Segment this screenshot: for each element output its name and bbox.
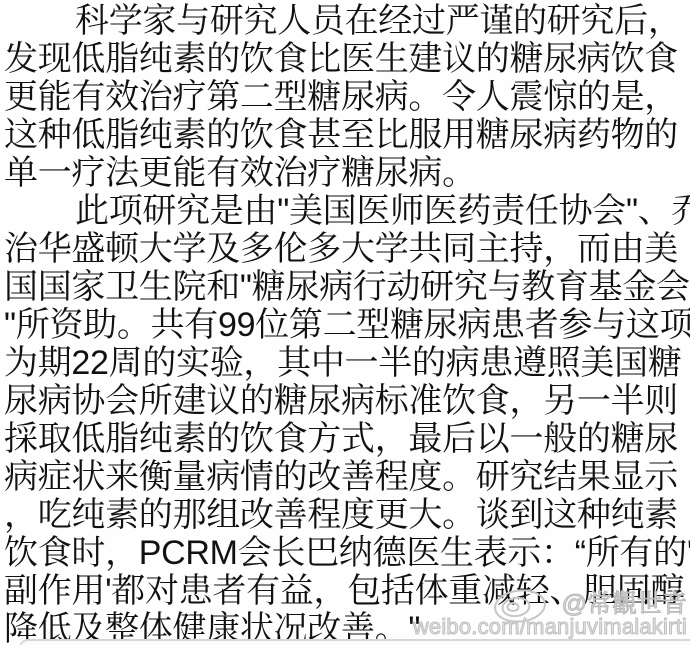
text-line: 病症状来衡量病情的改善程度。研究结果显示 xyxy=(4,458,688,496)
text-line: 这种低脂纯素的饮食甚至比服用糖尿病药物的 xyxy=(4,116,688,154)
text-line: 副作用'都对患者有益，包括体重减轻、胆固醇 xyxy=(4,572,688,610)
text-line: 採取低脂纯素的饮食方式，最后以一般的糖尿 xyxy=(4,420,688,458)
text-line: 更能有效治疗第二型糖尿病。令人震惊的是， xyxy=(4,78,688,116)
text-line: "所资助。共有99位第二型糖尿病患者参与这项 xyxy=(4,306,688,344)
text-line: 此项研究是由"美国医师医药责任协会"、乔 xyxy=(4,192,688,230)
text-line: 科学家与研究人员在经过严谨的研究后， xyxy=(4,2,688,40)
text-line: 治华盛顿大学及多伦多大学共同主持，而由美 xyxy=(4,230,688,268)
text-line: 为期22周的实验，其中一半的病患遵照美国糖 xyxy=(4,344,688,382)
text-line: ，吃纯素的那组改善程度更大。谈到这种纯素 xyxy=(4,496,688,534)
text-line: 国国家卫生院和"糖尿病行动研究与教育基金会 xyxy=(4,268,688,306)
text-line: 发现低脂纯素的饮食比医生建议的糖尿病饮食 xyxy=(4,40,688,78)
article-image: 科学家与研究人员在经过严谨的研究后，发现低脂纯素的饮食比医生建议的糖尿病饮食更能… xyxy=(0,0,690,645)
text-line: 单一疗法更能有效治疗糖尿病。 xyxy=(4,154,688,192)
bottom-panel-edge xyxy=(19,639,690,645)
text-line: 饮食时，PCRM会长巴纳德医生表示：“所有的' xyxy=(4,534,688,572)
text-line: 尿病协会所建议的糖尿病标准饮食，另一半则 xyxy=(4,382,688,420)
article-text: 科学家与研究人员在经过严谨的研究后，发现低脂纯素的饮食比医生建议的糖尿病饮食更能… xyxy=(4,2,688,645)
